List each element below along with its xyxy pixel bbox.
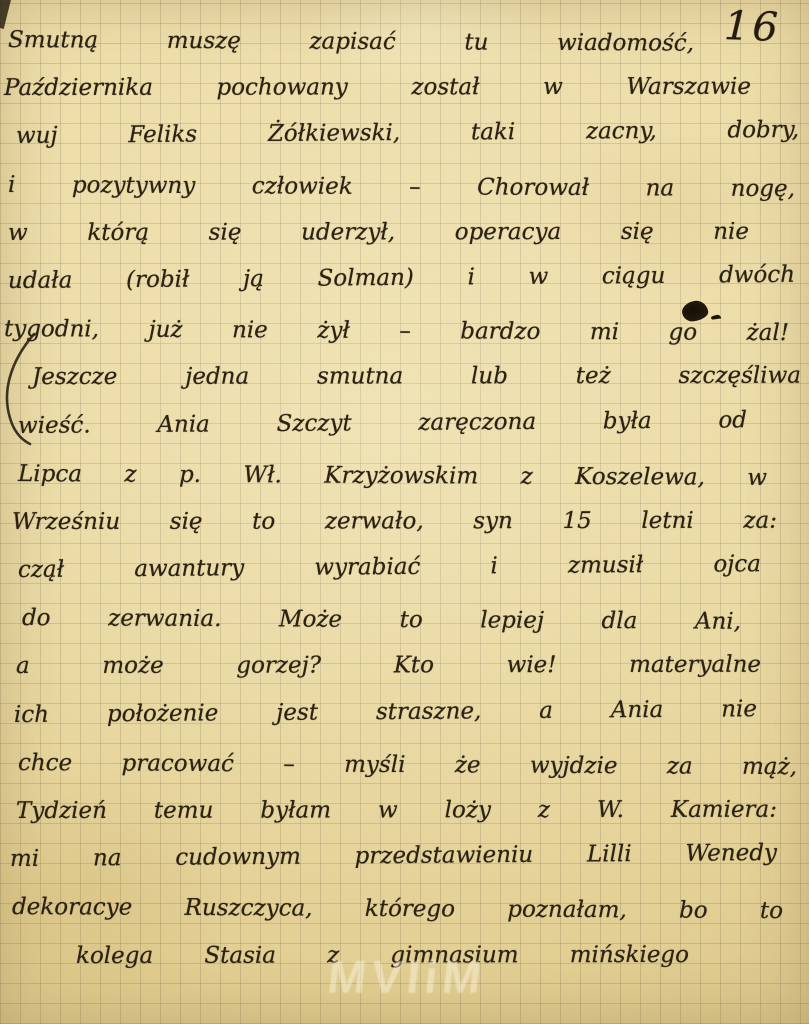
manuscript-line: Lipca z p. Wł. Krzyżowskim z Koszelewa, … [18, 450, 767, 502]
pen-flourish-stroke [0, 330, 44, 450]
manuscript-line: wuj Feliks Żółkiewski, taki zacny, dobry… [16, 106, 799, 160]
manuscript-line: i pozytywny człowiek – Chorował na nogę, [8, 161, 795, 213]
manuscript-line: Października pochowany został w Warszawi… [4, 63, 751, 112]
manuscript-page: 16 Smutną muszę zapisać tu wiadomość, Pa… [0, 0, 809, 1024]
manuscript-line: w którą się uderzył, operacya się nie [8, 207, 749, 256]
manuscript-line: a może gorzej? Kto wie! materyalne [16, 641, 761, 690]
manuscript-line: do zerwania. Może to lepiej dla Ani, [22, 594, 741, 646]
manuscript-line: czął awantury wyrabiać i zmusił ojca [18, 540, 761, 594]
manuscript-line: Smutną muszę zapisać tu wiadomość, [8, 16, 694, 68]
manuscript-line: tygodni, już nie żył – bardzo mi go żal! [4, 305, 789, 357]
manuscript-line: udała (robił ją Solman) i w ciągu dwóch [8, 251, 795, 305]
manuscript-line: wieść. Ania Szczyt zaręczona była od [18, 396, 747, 450]
manuscript-line: mi na cudownym przedstawieniu Lilli Wene… [10, 829, 777, 883]
manuscript-line: chce pracować – myśli że wyjdzie za mąż, [18, 739, 797, 791]
manuscript-line: dekoracye Ruszczyca, którego poznałam, b… [12, 883, 783, 935]
manuscript-line: ich położenie jest straszne, a Ania nie [14, 685, 757, 739]
manuscript-line: Wrześniu się to zerwało, syn 15 letni za… [12, 497, 777, 547]
handwriting-block: Smutną muszę zapisać tu wiadomość, Paźdz… [0, 16, 809, 980]
manuscript-line: kolega Stasia z gimnasium mińskiego [76, 930, 689, 979]
manuscript-line: Jeszcze jedna smutna lub też szczęśliwa [32, 352, 801, 402]
manuscript-line: Tydzień temu byłam w loży z W. Kamiera: [16, 786, 777, 836]
